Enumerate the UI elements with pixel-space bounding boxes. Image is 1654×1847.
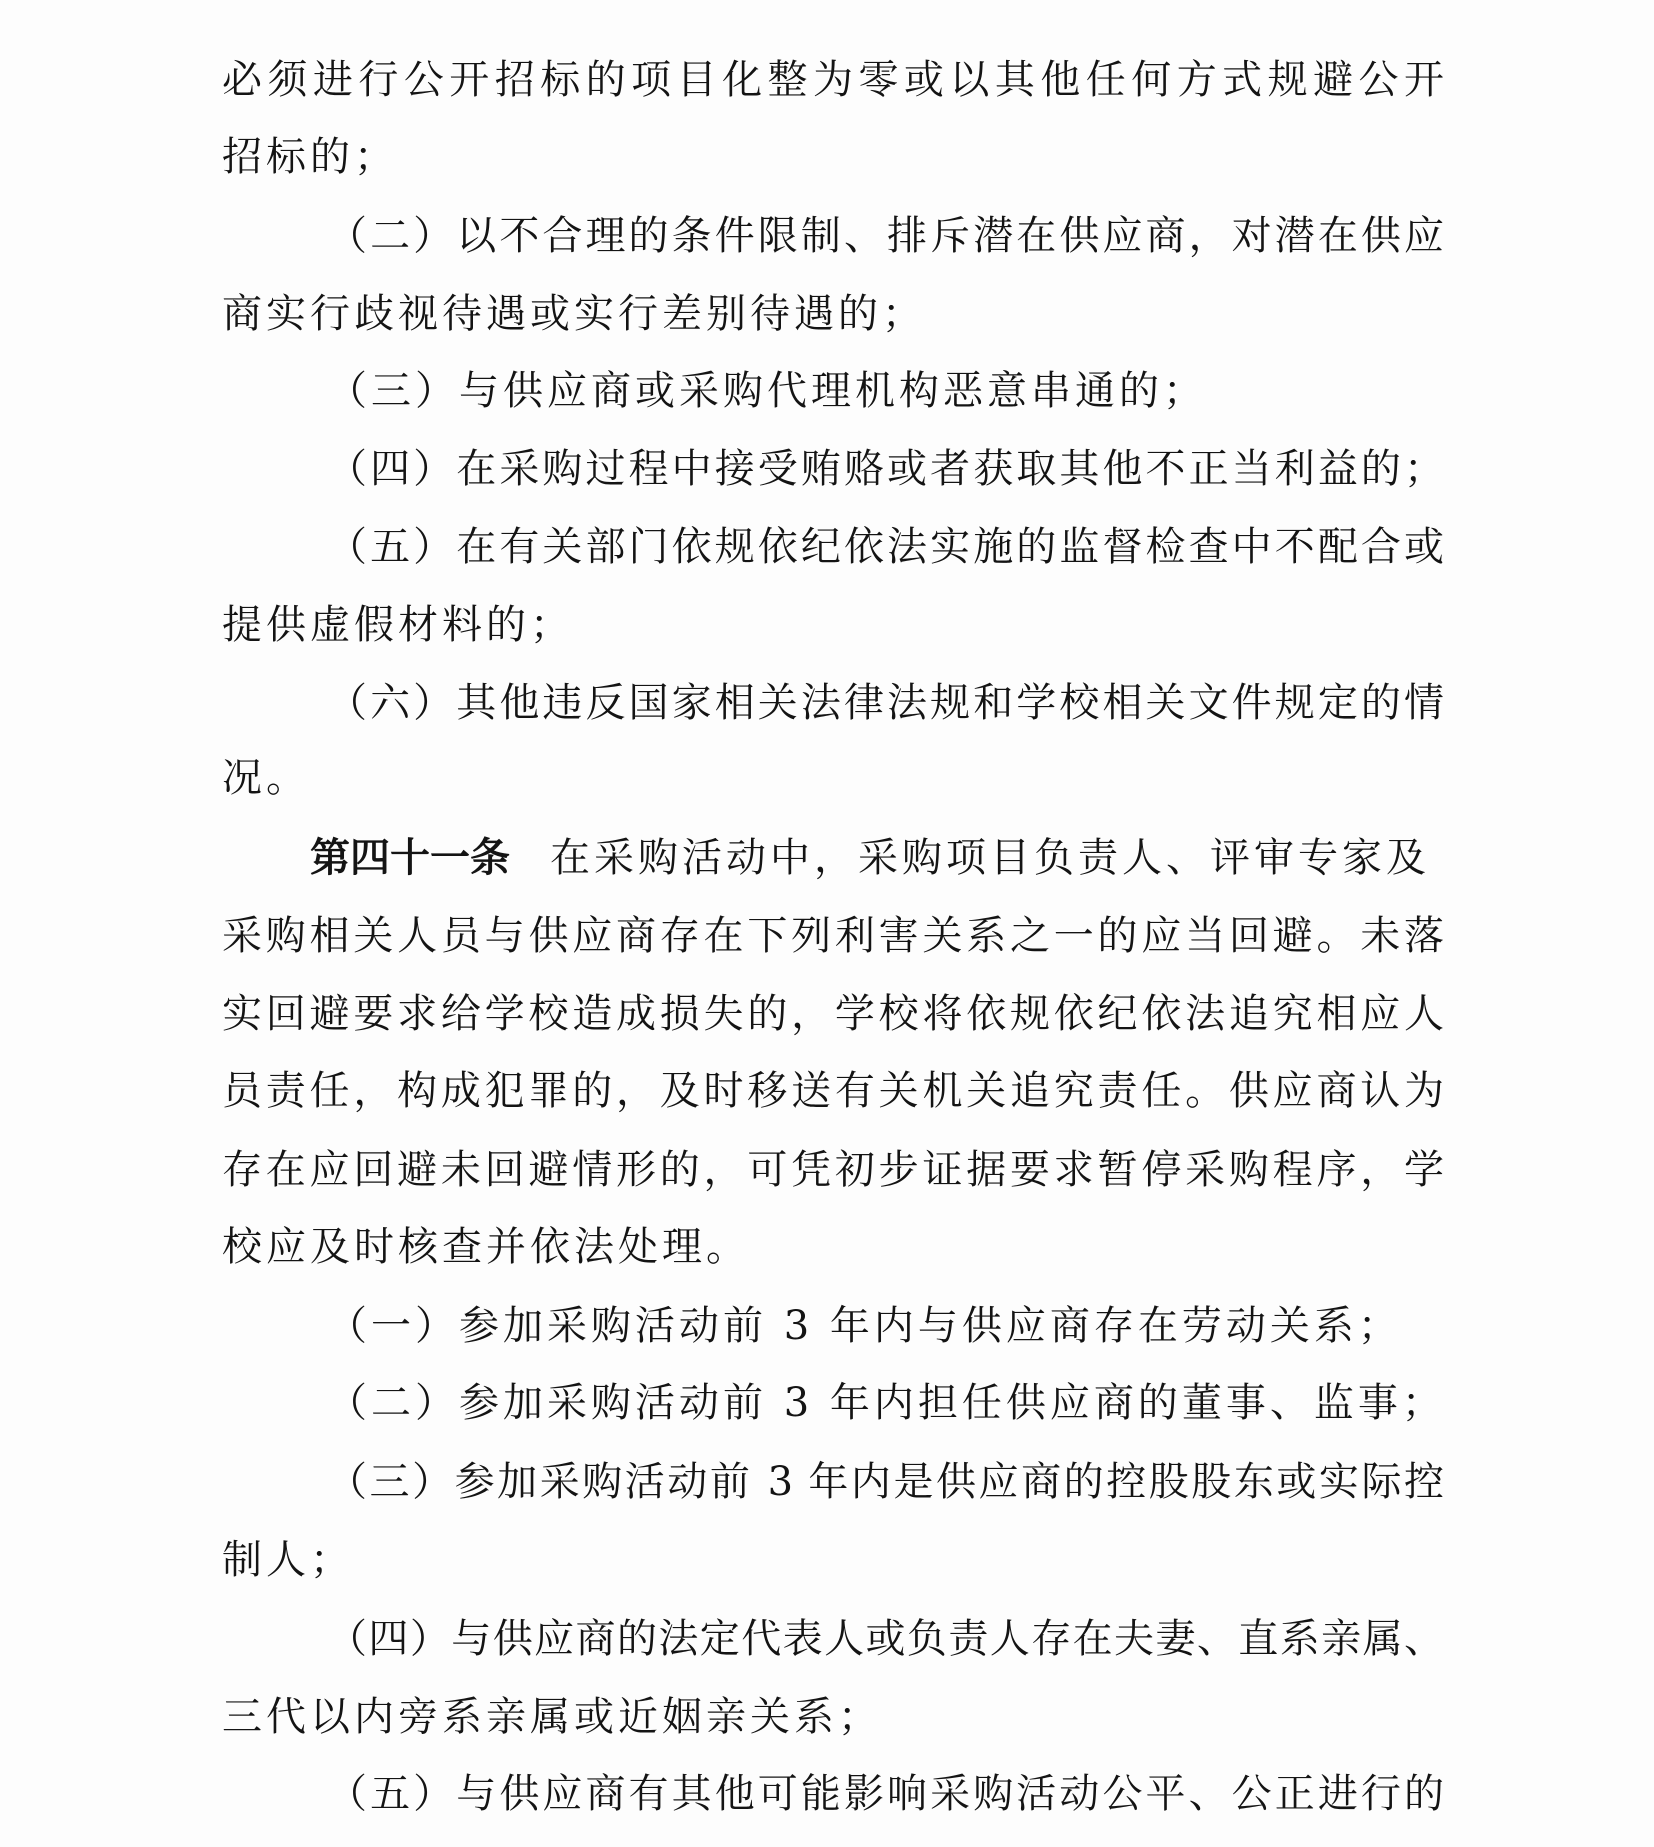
list-item-2: （二）参加采购活动前 3 年内担任供应商的董事、监事； xyxy=(222,1373,1444,1433)
text-line: 实回避要求给学校造成损失的，学校将依规依纪依法追究相应人 xyxy=(222,984,1444,1044)
list-item-3: （三）与供应商或采购代理机构恶意串通的； xyxy=(222,361,1444,421)
article-text: 在采购活动中，采购项目负责人、评审专家及 xyxy=(550,835,1430,881)
text-line: 校应及时核查并依法处理。 xyxy=(222,1217,1444,1277)
article-heading: 第四十一条 xyxy=(310,835,510,881)
text-line: 商实行歧视待遇或实行差别待遇的； xyxy=(222,284,1444,344)
list-item-5: （五）在有关部门依规依纪依法实施的监督检查中不配合或 xyxy=(222,517,1444,577)
list-item-1: （一）参加采购活动前 3 年内与供应商存在劳动关系； xyxy=(222,1296,1444,1356)
text-line: 招标的； xyxy=(222,127,1444,187)
document-page: 必须进行公开招标的项目化整为零或以其他任何方式规避公开 招标的； （二）以不合理… xyxy=(0,0,1654,1847)
text-line: 采购相关人员与供应商存在下列利害关系之一的应当回避。未落 xyxy=(222,906,1444,966)
text-line: 必须进行公开招标的项目化整为零或以其他任何方式规避公开 xyxy=(222,50,1444,110)
text-line: 制人； xyxy=(222,1530,1444,1590)
text-line: 况。 xyxy=(222,748,1444,808)
list-item-4: （四）在采购过程中接受贿赂或者获取其他不正当利益的； xyxy=(222,439,1444,499)
article-41-first-line: 第四十一条在采购活动中，采购项目负责人、评审专家及 xyxy=(222,828,1444,888)
list-item-3: （三）参加采购活动前 3 年内是供应商的控股股东或实际控 xyxy=(222,1452,1444,1512)
text-line: 存在应回避未回避情形的，可凭初步证据要求暂停采购程序，学 xyxy=(222,1140,1444,1200)
text-line: 员责任，构成犯罪的，及时移送有关机关追究责任。供应商认为 xyxy=(222,1061,1444,1121)
list-item-4: （四）与供应商的法定代表人或负责人存在夫妻、直系亲属、 xyxy=(222,1609,1444,1669)
text-line: 提供虚假材料的； xyxy=(222,595,1444,655)
text-line: 三代以内旁系亲属或近姻亲关系； xyxy=(222,1687,1444,1747)
list-item-2: （二）以不合理的条件限制、排斥潜在供应商，对潜在供应 xyxy=(222,206,1444,266)
list-item-5: （五）与供应商有其他可能影响采购活动公平、公正进行的 xyxy=(222,1764,1444,1824)
list-item-6: （六）其他违反国家相关法律法规和学校相关文件规定的情 xyxy=(222,673,1444,733)
